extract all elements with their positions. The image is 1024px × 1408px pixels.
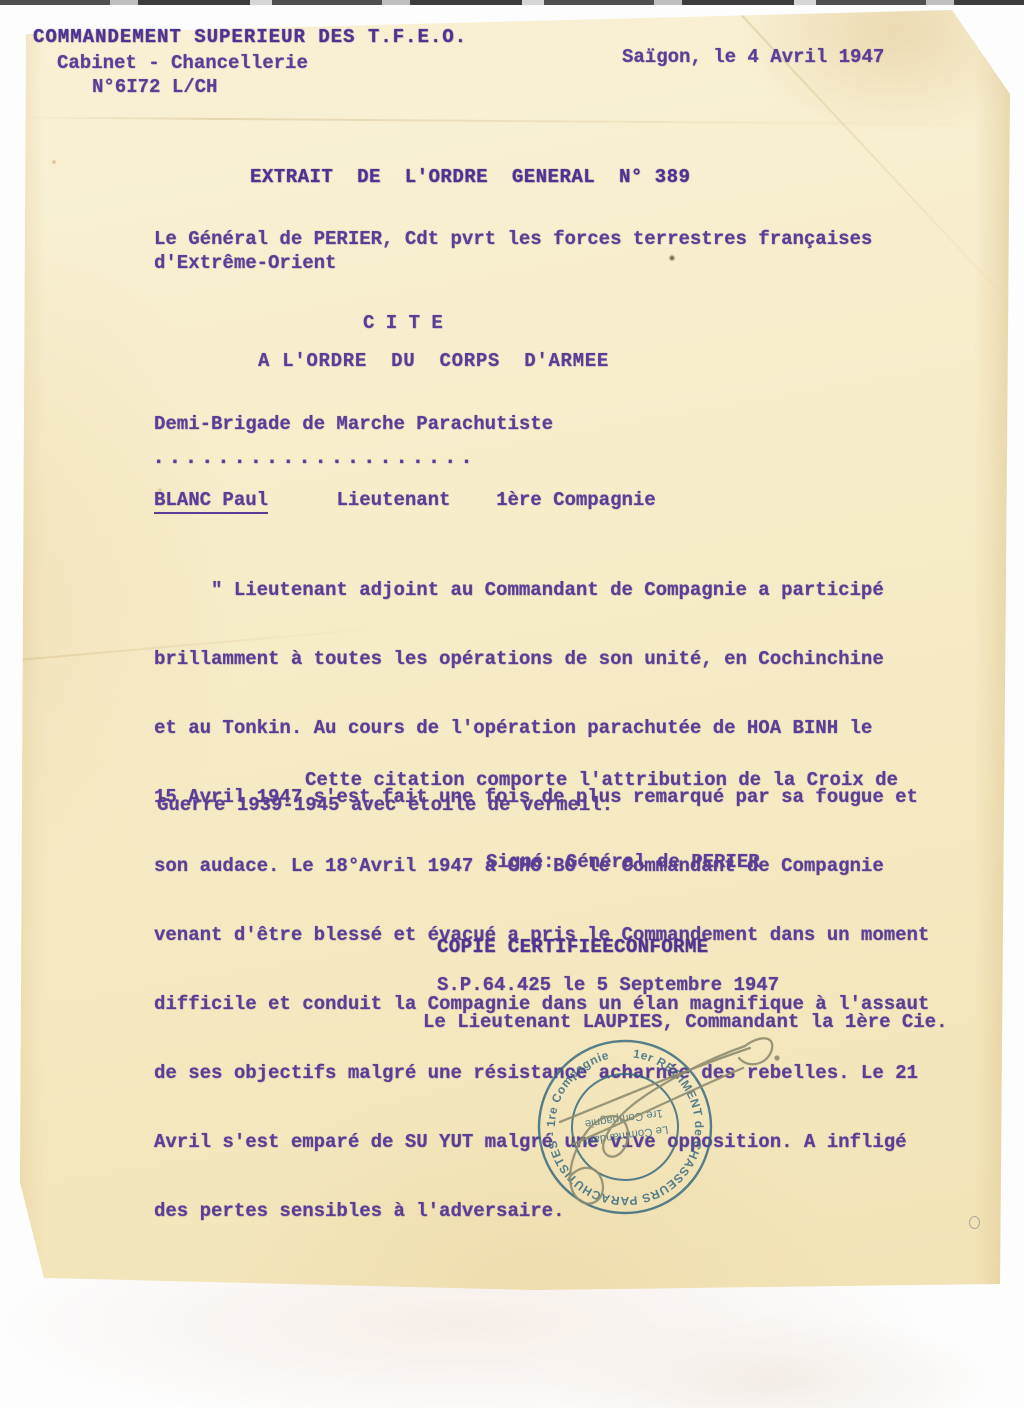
letterhead-line1: COMMANDEMENT SUPERIEUR DES T.F.E.O. (33, 26, 467, 49)
recipient-details: Lieutenant 1ère Compagnie (268, 489, 656, 511)
signed-line: Signé: Général de PERIER (486, 851, 760, 874)
certification-line1: COPIE CERTIFIEECONFORME (437, 936, 708, 959)
cite-heading: C I T E (363, 312, 443, 335)
order-heading: A L'ORDRE DU CORPS D'ARMEE (258, 350, 609, 373)
recipient-line: BLANC Paul Lieutenant 1ère Compagnie (154, 489, 656, 512)
citation-line: brillamment à toutes les opérations de s… (154, 648, 929, 671)
unit-line: Demi-Brigade de Marche Parachutiste (154, 413, 553, 436)
award-line2: Guerre 1939-1945 avec étoile de vermeil. (157, 794, 613, 817)
paper-mark-circle (969, 1216, 980, 1229)
letterhead-line3: N°6I72 L/CH (92, 76, 217, 99)
document-title: EXTRAIT DE L'ORDRE GENERAL N° 389 (250, 166, 690, 189)
authority-line2: d'Extrême-Orient (154, 252, 336, 275)
scanner-edge-strip (0, 0, 1024, 5)
authority-line1: Le Général de PERIER, Cdt pvrt les force… (154, 228, 872, 251)
letterhead-line2: Cabinet - Chancellerie (57, 52, 308, 75)
dateline: Saïgon, le 4 Avril 1947 (622, 46, 884, 69)
citation-line: " Lieutenant adjoint au Commandant de Co… (154, 579, 929, 602)
citation-line: et au Tonkin. Au cours de l'opération pa… (154, 717, 929, 740)
stamp-and-signature: 1er REGIMENT de CHASSEURS PARACHUTISTES … (455, 1008, 835, 1253)
dotted-separator: .................... (152, 446, 476, 469)
scanned-document: COMMANDEMENT SUPERIEUR DES T.F.E.O. Cabi… (0, 0, 1024, 1408)
unit-round-stamp: 1er REGIMENT de CHASSEURS PARACHUTISTES … (455, 1008, 722, 1236)
recipient-name: BLANC Paul (154, 489, 268, 514)
award-line1: Cette citation comporte l'attribution de… (305, 769, 898, 792)
certification-line2: S.P.64.425 le 5 Septembre 1947 (437, 974, 779, 997)
paper-crease (14, 117, 1014, 126)
stamp-signature-svg: 1er REGIMENT de CHASSEURS PARACHUTISTES … (455, 1008, 835, 1248)
